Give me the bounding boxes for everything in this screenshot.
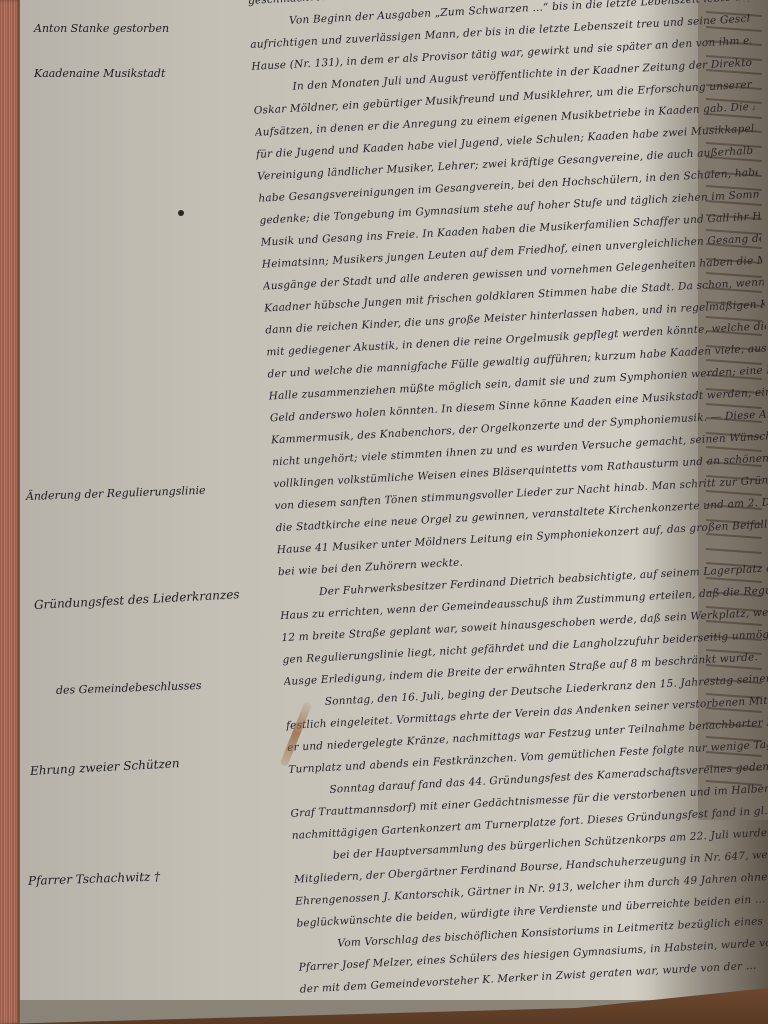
margin-note: Kaadenaine Musikstadt <box>34 67 165 80</box>
margin-note: Pfarrer Tschachwitz † <box>28 869 161 888</box>
margin-note: Gründungsfest des Liederkranzes <box>34 587 240 612</box>
facing-page <box>698 0 768 820</box>
chronicle-page: Anton Stanke gestorben Kaadenaine Musiks… <box>20 0 768 1000</box>
page-edge-stack <box>0 0 20 1024</box>
margin-note: Anton Stanke gestorben <box>34 22 169 35</box>
margin-note: Änderung der Regulierungslinie <box>26 484 206 503</box>
ink-spot <box>178 210 184 216</box>
margin-note: Ehrung zweier Schützen <box>30 756 180 778</box>
margin-note: des Gemeindebeschlusses <box>56 679 202 697</box>
body-text: geschmackvoller Malerei … Von Beginn der… <box>248 0 768 1000</box>
